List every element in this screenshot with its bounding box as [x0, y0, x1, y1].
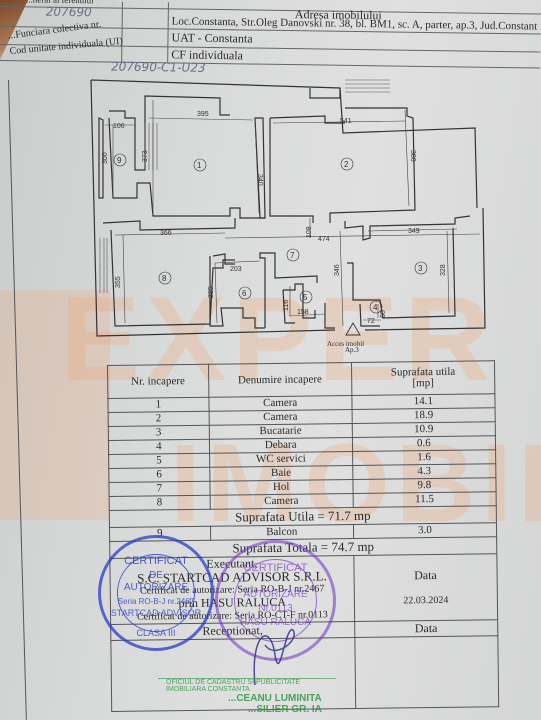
- dim-108: 108: [306, 226, 313, 238]
- room-label-5: 5: [303, 293, 308, 302]
- dim-541: 541: [340, 118, 352, 125]
- property-header-table: ...neral al terenului 207690 ...Funciara…: [0, 0, 541, 88]
- dim-395: 395: [197, 111, 209, 118]
- dim-346: 346: [334, 264, 341, 276]
- room-label-9: 9: [117, 156, 122, 165]
- dim-235: 235: [208, 286, 215, 298]
- dim-60: 60: [380, 310, 387, 318]
- dim-474: 474: [318, 236, 330, 243]
- header-useful-area: Suprafata utila[mp]: [351, 361, 495, 396]
- date-label: Data: [354, 561, 497, 589]
- handwritten-number: 207690: [46, 5, 92, 20]
- room-label-4: 4: [373, 303, 378, 312]
- room-label-3: 3: [418, 264, 423, 273]
- dim-355: 355: [115, 276, 122, 288]
- dim-328: 328: [440, 264, 447, 276]
- handwritten-ui-code: 207690-C1-U23: [111, 60, 206, 75]
- header-room-number: Nr. incapere: [108, 364, 209, 398]
- dim-106: 106: [113, 123, 125, 130]
- ocpi-stamp: OFICIUL DE CADASTRU SI PUBLICITATE IMOBI…: [158, 678, 336, 720]
- reception-date-label: Data: [354, 620, 497, 638]
- dim-380: 380: [409, 150, 416, 162]
- dim-373: 373: [142, 150, 149, 162]
- entrance-triangle-icon: [346, 323, 360, 335]
- dim-340: 340: [256, 174, 263, 186]
- dim-158: 158: [297, 309, 309, 316]
- date-value: 22.03.2024: [355, 587, 498, 615]
- authorization-stamp: CERTIFICAT DE AUTORIZARE Seria RO-B-J nr…: [98, 535, 214, 651]
- document-page: EXPER IMOBILIA ...neral al terenului 207…: [0, 0, 541, 720]
- uat-value: UAT - Constanta: [171, 30, 252, 46]
- entrance-apartment: Ap.3: [345, 346, 359, 354]
- dim-349: 349: [408, 228, 420, 235]
- room-label-6: 6: [242, 289, 247, 298]
- floor-plan-drawing: 106 395 541 300 373 340 380 366 108 474 …: [85, 78, 495, 348]
- dim-300: 300: [102, 152, 109, 164]
- room-label-8: 8: [162, 274, 167, 283]
- dim-366: 366: [160, 230, 172, 237]
- date-block: Data 22.03.2024: [354, 554, 498, 622]
- room-label-2: 2: [344, 160, 349, 169]
- header-room-name: Denumire incapere: [208, 363, 352, 398]
- room-label-1: 1: [197, 161, 202, 170]
- dim-203: 203: [230, 266, 242, 273]
- floor-plan: 106 395 541 300 373 340 380 366 108 474 …: [85, 78, 495, 348]
- dim-72: 72: [367, 318, 375, 325]
- dim-116: 116: [283, 300, 290, 311]
- room-label-7: 7: [290, 251, 295, 260]
